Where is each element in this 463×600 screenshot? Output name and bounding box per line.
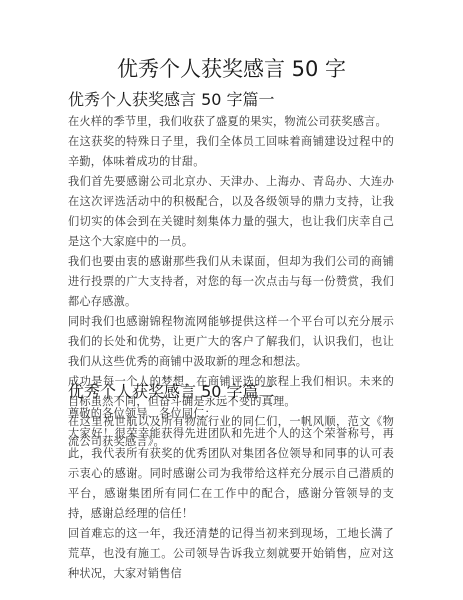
paragraph: 大家好！很荣幸能获得先进团队和先进个人的这个荣誉称号，再此，我代表所有获奖的优秀… xyxy=(68,424,394,524)
section-heading: 优秀个人获奖感言 50 字篇二 xyxy=(68,380,394,404)
section-heading: 优秀个人获奖感言 50 字篇一 xyxy=(68,88,394,112)
document-title: 优秀个人获奖感言 50 字 xyxy=(0,55,463,83)
paragraph: 同时我们也感谢锦程物流网能够提供这样一个平台可以充分展示我们的长处和优势，让更广… xyxy=(68,312,394,372)
paragraph: 在火样的季节里，我们收获了盛夏的果实，物流公司获奖感言。 xyxy=(68,112,394,132)
section-2: 优秀个人获奖感言 50 字篇二 尊敬的各位领导、各位同仁： 大家好！很荣幸能获得… xyxy=(68,380,394,584)
paragraph: 我们首先要感谢公司北京办、天津办、上海办、青岛办、大连办在这次评选活动中的积极配… xyxy=(68,172,394,252)
paragraph: 我们也要由衷的感谢那些我们从未谋面，但却为我们公司的商铺进行投票的广大支持者，对… xyxy=(68,252,394,312)
paragraph: 回首难忘的这一年，我还清楚的记得当初来到现场，工地长满了荒草，也没有施工。公司领… xyxy=(68,524,394,584)
paragraph: 尊敬的各位领导、各位同仁： xyxy=(68,404,394,424)
paragraph: 在这获奖的特殊日子里，我们全体员工回味着商铺建设过程中的辛勤，体味着成功的甘甜。 xyxy=(68,132,394,172)
document-page: 优秀个人获奖感言 50 字 优秀个人获奖感言 50 字篇一 在火样的季节里，我们… xyxy=(0,0,463,600)
